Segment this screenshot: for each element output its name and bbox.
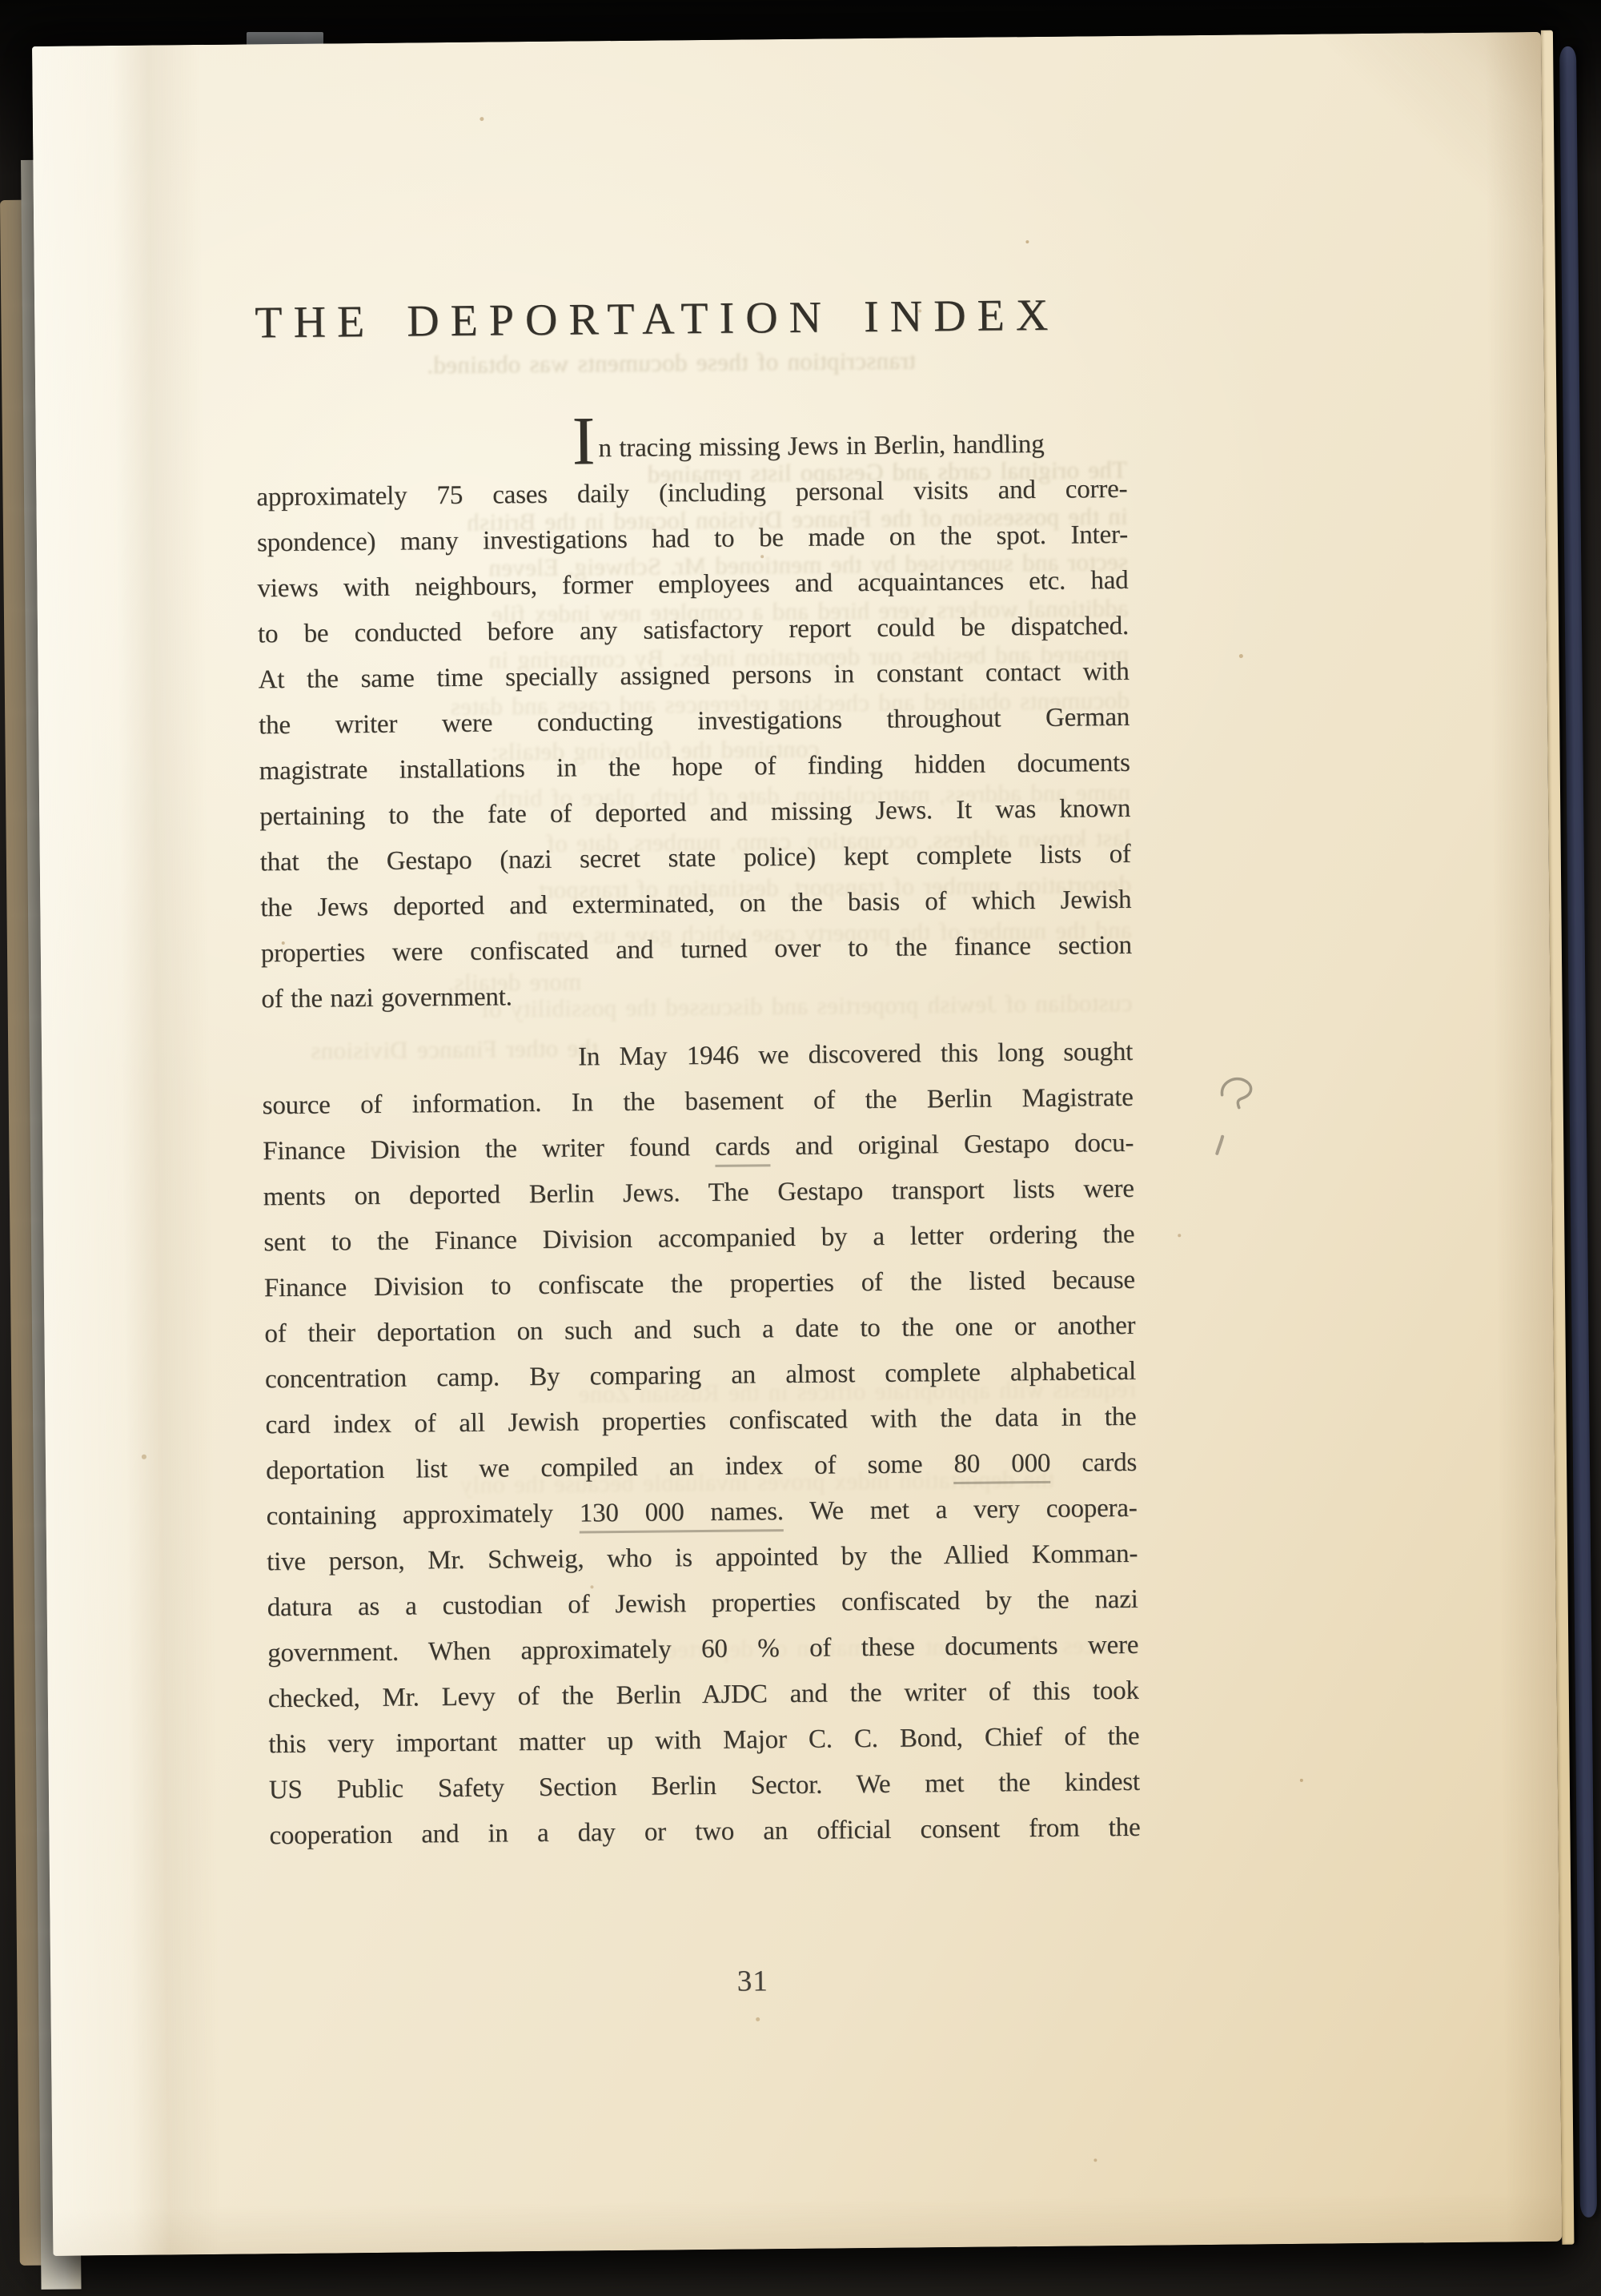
- text-line: that the Gestapo (nazi secret state poli…: [260, 832, 1131, 885]
- text-line: In tracing missing Jews in Berlin, handl…: [256, 421, 1127, 475]
- text-line: properties were confiscated and turned o…: [261, 923, 1132, 977]
- scan-scene: transcription of these documents was obt…: [0, 0, 1601, 2296]
- text-line: US Public Safety Section Berlin Sector. …: [269, 1760, 1140, 1813]
- text-line: tive person, Mr. Schweig, who is appoint…: [267, 1531, 1138, 1585]
- pencil-underline: 80 000: [953, 1449, 1050, 1484]
- text-line: spondence) many investigations had to be…: [257, 512, 1128, 566]
- drop-cap: I: [572, 402, 596, 479]
- text-line: concentration camp. By comparing an almo…: [265, 1349, 1136, 1403]
- paper-speckles: [32, 46, 34, 48]
- text-line: Finance Division to confiscate the prope…: [264, 1258, 1135, 1311]
- showthrough-line: transcription of these documents was obt…: [395, 344, 916, 381]
- text-line: sent to the Finance Division accompanied…: [263, 1212, 1134, 1266]
- text-line: of the nazi government.: [261, 969, 1132, 1022]
- text-line: ments on deported Berlin Jews. The Gesta…: [263, 1166, 1134, 1220]
- text-line: approximately 75 cases daily (including …: [256, 467, 1127, 520]
- text-line: to be conducted before any satisfactory …: [258, 604, 1129, 657]
- text-line: government. When approximately 60 % of t…: [267, 1623, 1138, 1676]
- text-line: views with neighbours, former employees …: [257, 558, 1128, 612]
- text-line: In May 1946 we discovered this long soug…: [262, 1030, 1133, 1083]
- text-line: card index of all Jewish properties conf…: [265, 1395, 1136, 1448]
- pencil-underline: 130 000 names.: [580, 1497, 784, 1533]
- text-line: datura as a custodian of Jewish properti…: [267, 1577, 1138, 1631]
- text-line: Finance Division the writer found cards …: [263, 1121, 1134, 1174]
- paragraph-2: In May 1946 we discovered this long soug…: [262, 1030, 1141, 1859]
- text-line: cooperation and in a day or two an offic…: [269, 1805, 1140, 1859]
- text-line: this very important matter up with Major…: [268, 1714, 1139, 1768]
- text-line: the Jews deported and exterminated, on t…: [260, 877, 1131, 931]
- text-line: of their deportation on such and such a …: [264, 1303, 1135, 1357]
- text-line: containing approximately 130 000 names. …: [266, 1486, 1137, 1539]
- pencil-question-mark: [1217, 1074, 1266, 1130]
- text-line: deportation list we compiled an index of…: [266, 1440, 1137, 1494]
- book-page: transcription of these documents was obt…: [32, 32, 1562, 2256]
- paragraph-1: In tracing missing Jews in Berlin, handl…: [256, 421, 1133, 1022]
- page-number: 31: [271, 1960, 1188, 2003]
- text-line: the writer were conducting investigation…: [259, 695, 1130, 749]
- text-line: checked, Mr. Levy of the Berlin AJDC and…: [268, 1668, 1139, 1722]
- pencil-tick-mark: [1213, 1134, 1229, 1158]
- page-title: THE DEPORTATION INDEX: [255, 289, 1130, 348]
- text-line: At the same time specially assigned pers…: [258, 649, 1129, 703]
- text-line: source of information. In the basement o…: [262, 1075, 1133, 1129]
- pencil-underline: cards: [715, 1132, 770, 1167]
- body-text: In tracing missing Jews in Berlin, handl…: [256, 421, 1141, 1859]
- text-line: pertaining to the fate of deported and m…: [259, 786, 1130, 840]
- text-line: magistrate installations in the hope of …: [259, 741, 1130, 794]
